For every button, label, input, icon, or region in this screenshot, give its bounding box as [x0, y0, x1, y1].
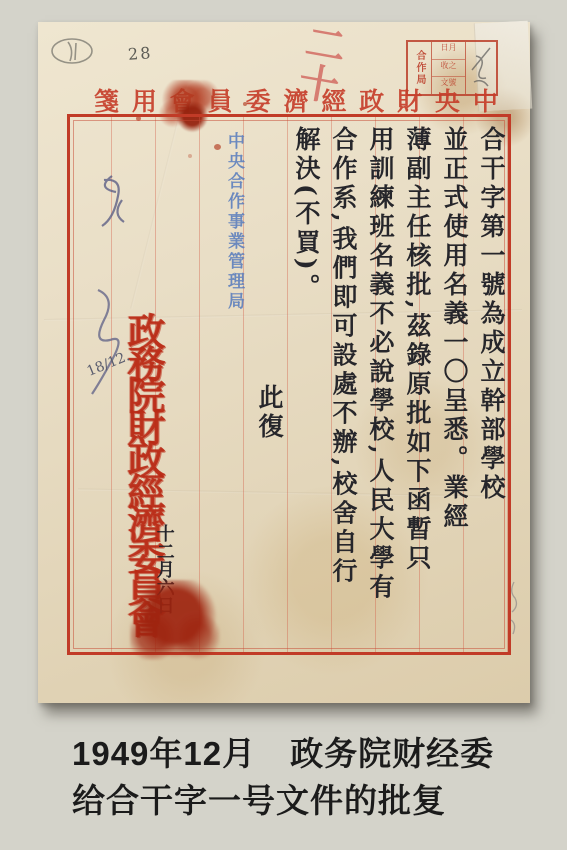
bureau-stamp: 中央合作事業管理局: [222, 132, 247, 342]
handwritten-column: 用訓練班名義不必說學校,人民大學有: [358, 126, 395, 671]
handwritten-column: 解決(不買)。: [284, 126, 321, 671]
caption: 1949年12月 政务院财经委 给合干字一号文件的批复: [72, 730, 522, 824]
pencil-page-number: 28: [127, 43, 153, 64]
handwritten-column: 此復: [247, 126, 284, 671]
caption-line-1: 1949年12月 政务院财经委: [72, 730, 522, 777]
letterhead-title: 中央財政經濟委員會用箋: [94, 82, 498, 112]
faint-pencil-mark: [506, 578, 522, 638]
handwritten-column: 並正式使用名義一〇呈悉。業經: [432, 126, 469, 671]
pencil-circle-mark: [48, 34, 100, 68]
handwritten-body: 合干字第一號為成立幹部學校並正式使用名義一〇呈悉。業經薄副主任核批,茲錄原批如下…: [247, 126, 506, 671]
caption-line-2: 给合干字一号文件的批复: [72, 777, 522, 824]
handwritten-column: 薄副主任核批,茲錄原批如下函暫只: [395, 126, 432, 671]
handwritten-column: 合干字第一號為成立幹部學校: [469, 126, 506, 671]
document-photo: 28 二十 合作局 日月 收之 文號 中央財政經濟委員會用箋 中央合作事業管理局…: [38, 22, 530, 703]
ink-droplet: [243, 102, 247, 106]
handwritten-column: 合作系,我們即可設處不辦,校舍自行: [321, 126, 358, 671]
seal-ink-blob: [130, 580, 220, 660]
registry-stamp-row: 收之: [432, 60, 465, 78]
registry-stamp-row: 日月: [432, 42, 465, 60]
